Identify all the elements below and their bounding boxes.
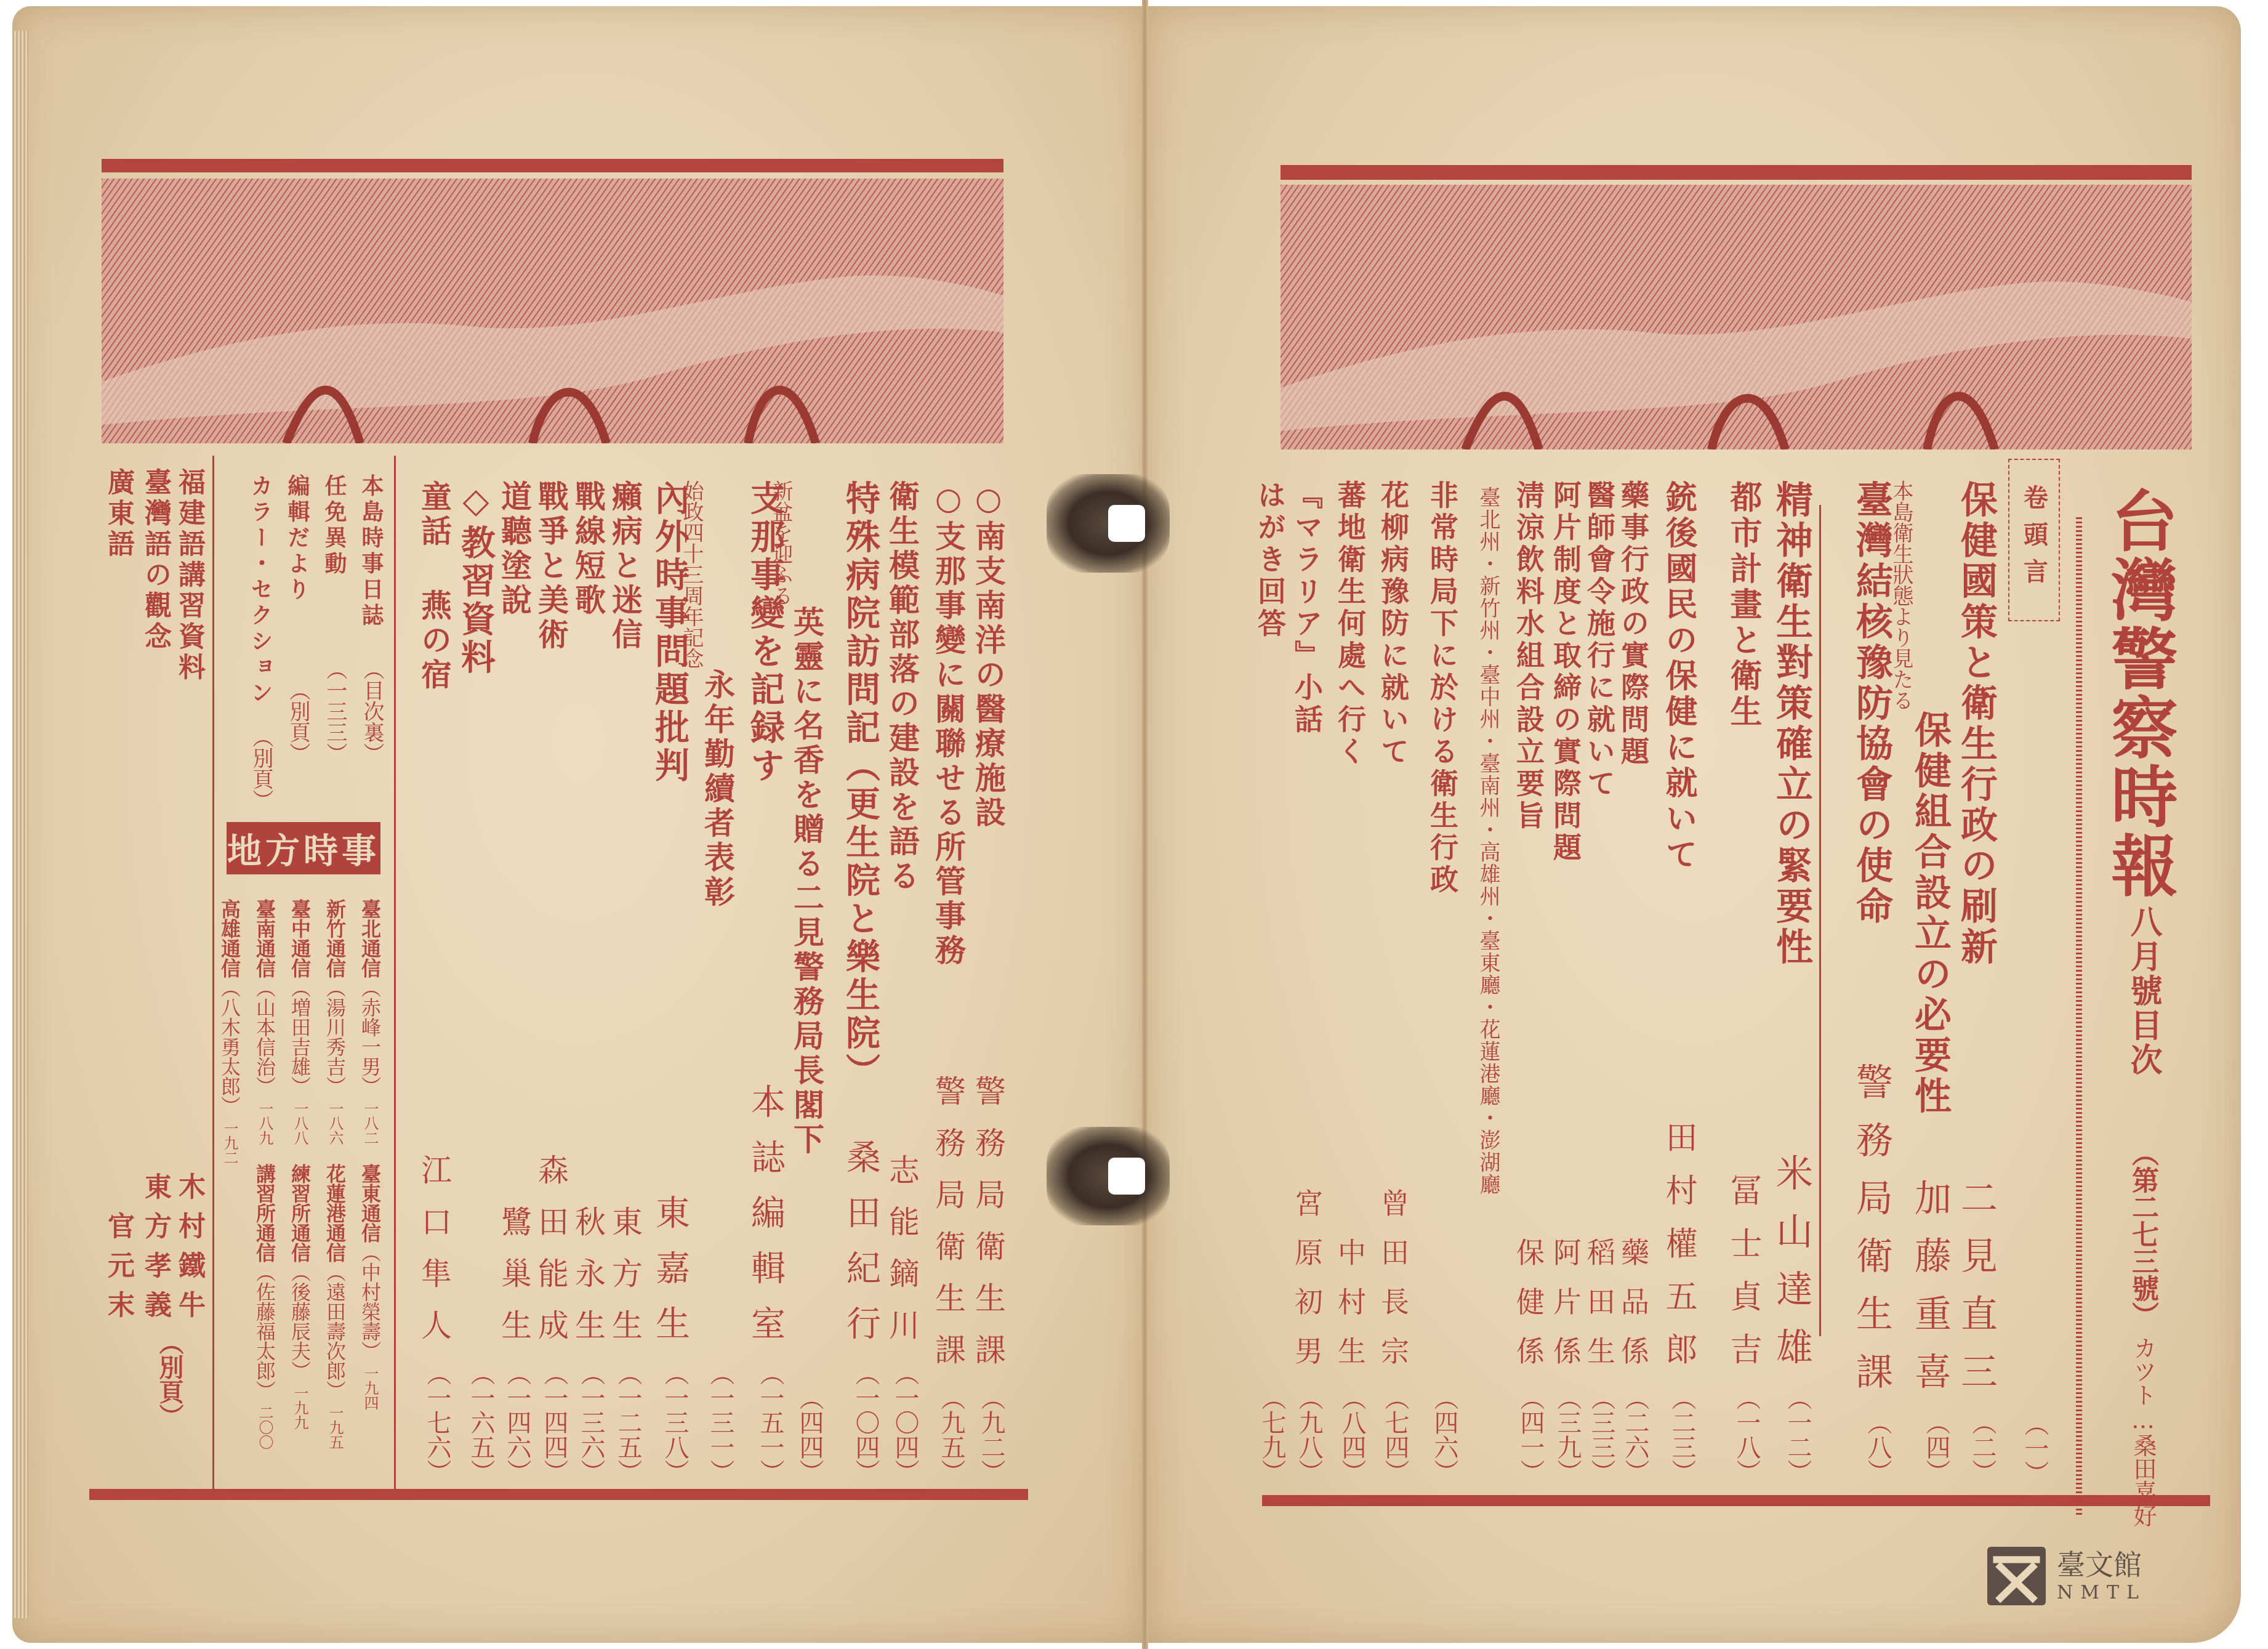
local-news-title: 花蓮港通信 <box>323 1164 347 1262</box>
header-illustration-left <box>102 179 1003 443</box>
entry-author: 田村權五郎 <box>1662 1121 1694 1385</box>
language-title: 臺灣語の觀念 <box>142 468 169 653</box>
toc-entry-row: 阿片制度と取締の實際問題阿片係（三九） <box>1551 480 1580 1484</box>
page-number: 一八六 <box>326 1101 344 1145</box>
page-number: （二六） <box>1619 1385 1647 1484</box>
page-number: 一九五 <box>326 1405 344 1449</box>
local-news-entry[interactable]: 花蓮港通信（遠田壽次郎）一九五 <box>325 1164 345 1449</box>
page-number: （三三） <box>1585 1385 1614 1484</box>
local-news-author: （中村榮壽） <box>358 1243 382 1361</box>
local-news-author: （八木勇太郎） <box>218 978 241 1116</box>
local-news-entry[interactable]: 臺北通信（赤峰一男）一八二 <box>360 899 380 1145</box>
entry-title: 支那事變を記録す <box>748 480 782 786</box>
page-number: （一三一） <box>702 1361 733 1484</box>
misc-entry-row: カラー・セクション（別頁） <box>249 474 271 764</box>
local-news-title: 臺中通信 <box>288 899 312 978</box>
page-number: （四四） <box>791 1385 822 1484</box>
page-number: （九五） <box>933 1385 963 1484</box>
toc-entry[interactable]: 『マラリア』小話宮原初男（九八） <box>1293 480 1321 1484</box>
entry-author: 警務局衛生課 <box>973 1075 1003 1385</box>
local-news-author: （山本信治） <box>253 978 276 1096</box>
toc-entry[interactable]: 醫師會令施行に就いて稻田生（三三） <box>1585 480 1614 1484</box>
language-entry-row: 臺灣語の觀念東方孝義 <box>142 468 169 1330</box>
toc-entry[interactable]: 戰線短歌秋永生（一三六） <box>573 480 603 1484</box>
page-number: （四一） <box>1514 1385 1543 1484</box>
toc-entry-row: ◇教習資料（一六五） <box>459 480 493 1484</box>
nmtl-abbr: NMTL <box>2057 1584 2146 1602</box>
entry-title: 衛生模範部落の建設を語る <box>887 480 917 894</box>
page-number: （別頁） <box>286 680 308 764</box>
toc-entry[interactable]: 支那事變を記録す本誌編輯室（一五一） <box>748 480 782 1484</box>
local-news-label: 地方時事 <box>227 824 380 873</box>
page-number: （一二五） <box>609 1361 640 1484</box>
local-news-author: （赤峰一男） <box>358 978 382 1096</box>
toc-entry[interactable]: 道聽塗說鷺巢生（一四六） <box>499 480 529 1484</box>
page-number: （一六五） <box>459 1361 493 1484</box>
local-news-entry[interactable]: 臺中通信（増田吉雄）一八八 <box>290 899 310 1145</box>
misc-entry[interactable]: 本島時事日誌（目次裏） <box>360 474 382 764</box>
page-number: （七四） <box>1379 1385 1407 1484</box>
entry-author: 米山達雄 <box>1773 1154 1810 1385</box>
local-news-title: 新竹通信 <box>323 899 347 978</box>
top-rule-right <box>1281 165 2192 180</box>
toc-entry-row: 支那事變を記録す本誌編輯室（一五一） <box>748 480 782 1484</box>
toc-entry-row: 銃後國民の保健に就いて田村權五郎（二三） <box>1662 480 1694 1484</box>
misc-title: カラー・セクション <box>249 474 271 707</box>
entry-title: 保健組合設立の必要性 <box>1912 711 1948 1117</box>
language-author: 東方孝義 <box>142 1172 169 1330</box>
bottom-rule-right <box>1262 1495 2210 1506</box>
toc-entry-row: 內外時事問題批判東嘉生（一三八） <box>653 480 687 1484</box>
toc-entry[interactable]: 保健組合設立の必要性加藤重喜（四） <box>1912 480 1948 1484</box>
page-number: （二三） <box>1662 1385 1694 1484</box>
local-news-title: 高雄通信 <box>218 899 241 978</box>
entry-author: 阿片係 <box>1551 1238 1580 1385</box>
nmtl-watermark: 臺文館 NMTL <box>1987 1547 2146 1605</box>
entry-title: 戰線短歌 <box>573 480 603 618</box>
page-number: （一五一） <box>748 1361 782 1484</box>
toc-entry[interactable]: 特殊病院訪問記（更生院と樂生院）桑田紀行（一〇四） <box>843 480 878 1484</box>
toc-entry[interactable]: 永年勤續者表彰（一三一） <box>702 480 733 1484</box>
toc-entry[interactable]: 臺灣結核豫防協會の使命警務局衛生課（八） <box>1853 480 1890 1484</box>
entry-title: 保健國策と衛生行政の刷新 <box>1958 480 1995 968</box>
misc-title: 編輯だより <box>286 474 308 603</box>
toc-entry-row: 戰線短歌秋永生（一三六） <box>573 480 603 1484</box>
local-news-title: 講習所通信 <box>253 1164 276 1262</box>
entry-author: 志能鏑川 <box>887 1154 917 1361</box>
toc-entry[interactable]: はがき回答（七九） <box>1256 480 1284 1484</box>
page-number: （一二） <box>1773 1385 1810 1484</box>
language-entry[interactable]: 廣東語官元末 <box>105 468 132 1330</box>
language-entry[interactable]: 福建語講習資料木村鐵牛 <box>175 468 203 1330</box>
foreword-entry[interactable]: （一） <box>2022 616 2047 1478</box>
misc-entry[interactable]: 任免異動（一三三） <box>323 474 345 764</box>
entry-title: はがき回答 <box>1256 480 1284 640</box>
toc-entry-row: 道聽塗說鷺巢生（一四六） <box>499 480 529 1484</box>
toc-entry-row: 保健組合設立の必要性加藤重喜（四） <box>1912 480 1948 1484</box>
toc-entry-row: 醫師會令施行に就いて稻田生（三三） <box>1585 480 1614 1484</box>
entry-title: 癩病と迷信 <box>609 480 640 653</box>
entry-title: 童話 燕の宿 <box>419 480 449 693</box>
local-news-entry[interactable]: 講習所通信（佐藤福太郎）二〇〇 <box>255 1164 275 1449</box>
entry-title: 臺灣結核豫防協會の使命 <box>1853 480 1890 927</box>
toc-entry-row: 永年勤續者表彰（一三一） <box>702 480 733 1484</box>
entry-author: 森田能成 <box>536 1154 566 1361</box>
entry-title: 非常時局下に於ける衛生行政 <box>1428 480 1457 897</box>
toc-entry[interactable]: 保健國策と衛生行政の刷新二見直三（二） <box>1958 480 1995 1484</box>
page-number: （目次裏） <box>360 659 382 764</box>
entry-title: 永年勤續者表彰 <box>702 669 733 910</box>
entry-title: 花柳病豫防に就いて <box>1379 480 1407 768</box>
entry-author: 鷺巢生 <box>499 1206 529 1361</box>
page-number: （一三三） <box>323 659 345 764</box>
local-news-entry[interactable]: 臺南通信（山本信治）一八九 <box>255 899 275 1145</box>
entry-title: 特殊病院訪問記（更生院と樂生院） <box>843 480 878 1091</box>
toc-entry-row: はがき回答（七九） <box>1256 480 1284 1484</box>
page-number: （一四四） <box>536 1361 566 1484</box>
toc-entry-row: 童話 燕の宿江口隼人（一七六） <box>419 480 449 1484</box>
page-number: （三九） <box>1551 1385 1580 1484</box>
column-divider-left <box>394 456 396 1490</box>
toc-entry[interactable]: 童話 燕の宿江口隼人（一七六） <box>419 480 449 1484</box>
top-rule-left <box>102 159 1003 172</box>
page-number: 一八九 <box>256 1101 273 1145</box>
entry-title: 道聽塗說 <box>499 480 529 618</box>
toc-entry[interactable]: 藥事行政の實際問題藥品係（二六） <box>1619 480 1647 1484</box>
entry-author: 二見直三 <box>1958 1179 1995 1410</box>
entry-author: 警務局衛生課 <box>933 1075 963 1385</box>
misc-entry-row: 編輯だより（別頁） <box>286 474 308 764</box>
page-number: （四） <box>1912 1410 1948 1484</box>
column-divider <box>1819 505 1821 1336</box>
toc-entry-row: 保健國策と衛生行政の刷新二見直三（二） <box>1958 480 1995 1484</box>
toc-entry[interactable]: 都市計畫と衛生冨士貞吉（一八） <box>1727 480 1759 1484</box>
misc-title: 任免異動 <box>323 474 345 578</box>
page-number: （一七六） <box>419 1361 449 1484</box>
entry-author: 警務局衛生課 <box>1853 1063 1890 1410</box>
page-number: （二） <box>1958 1410 1995 1484</box>
toc-entry[interactable]: 戰爭と美術森田能成（一四四） <box>536 480 566 1484</box>
entry-title: ○支那事變に關聯せる所管事務 <box>933 480 963 969</box>
cut-credit: カツト…桑田喜好 <box>2131 1336 2155 1527</box>
toc-entry[interactable]: 癩病と迷信東方生（一二五） <box>609 480 640 1484</box>
toc-entry-row: 蕃地衛生何處へ行く中村生（八四） <box>1336 480 1364 1484</box>
local-news-title: 臺北通信 <box>358 899 382 978</box>
toc-entry[interactable]: 蕃地衛生何處へ行く中村生（八四） <box>1336 480 1364 1484</box>
prefecture-subtitle: 臺北州・新竹州・臺中州・臺南州・高雄州・臺東廳・花蓮港廳・澎湖廳 <box>1478 486 1498 1196</box>
toc-entry[interactable]: 花柳病豫防に就いて曾田長宗（七四） <box>1379 480 1407 1484</box>
toc-entry-row: 戰爭と美術森田能成（一四四） <box>536 480 566 1484</box>
page-number: （四六） <box>1428 1385 1457 1484</box>
misc-entry-row: 本島時事日誌（目次裏） <box>360 474 382 764</box>
local-news-entry[interactable]: 練習所通信（後藤辰夫）一九九 <box>290 1164 310 1430</box>
language-entry-row: 福建語講習資料木村鐵牛 <box>175 468 203 1330</box>
misc-entry-row: 任免異動（一三三） <box>323 474 345 764</box>
local-news-header: 地方時事 <box>227 822 380 874</box>
toc-entry-row: 特殊病院訪問記（更生院と樂生院）桑田紀行（一〇四） <box>843 480 878 1484</box>
entry-author: 加藤重喜 <box>1912 1179 1948 1410</box>
toc-entry-row: ○支那事變に關聯せる所管事務警務局衛生課（九五） <box>933 480 963 1484</box>
toc-entry-row: 英靈に名香を贈る二見警務局長閣下（四四） <box>791 480 822 1484</box>
language-page: （別頁） <box>157 1330 182 1429</box>
misc-entry[interactable]: カラー・セクション（別頁） <box>249 474 271 764</box>
toc-entry[interactable]: 阿片制度と取締の實際問題阿片係（三九） <box>1551 480 1580 1484</box>
entry-title: 都市計畫と衛生 <box>1727 480 1759 730</box>
entry-author: 藥品係 <box>1619 1238 1647 1385</box>
language-entry-row: 廣東語官元末 <box>105 468 132 1330</box>
toc-entry-row: 『マラリア』小話宮原初男（九八） <box>1293 480 1321 1484</box>
staple-hole-top <box>1047 474 1170 573</box>
book-spine <box>1142 0 1148 1649</box>
page-number: 二〇〇 <box>256 1405 273 1449</box>
header-illustration-right <box>1281 185 2192 450</box>
masthead-divider <box>2076 517 2082 1515</box>
toc-entry-row: 都市計畫と衛生冨士貞吉（一八） <box>1727 480 1759 1484</box>
toc-entry[interactable]: 銃後國民の保健に就いて田村權五郎（二三） <box>1662 480 1694 1484</box>
page-number: （一） <box>2022 1411 2047 1485</box>
page-number: 一八八 <box>291 1101 308 1145</box>
column-divider-lang <box>212 456 214 1490</box>
local-news-title: 練習所通信 <box>288 1164 312 1262</box>
page-number: （一三八） <box>653 1361 687 1484</box>
language-author: 官元末 <box>105 1212 132 1330</box>
entry-author: 保健係 <box>1514 1238 1543 1385</box>
entry-author: 冨士貞吉 <box>1727 1174 1759 1385</box>
language-title: 福建語講習資料 <box>175 468 203 683</box>
page-number: 一九四 <box>361 1366 379 1410</box>
foreword-label: 卷頭言 <box>2008 459 2060 621</box>
entry-title: 銃後國民の保健に就いて <box>1662 480 1694 873</box>
toc-entry[interactable]: 英靈に名香を贈る二見警務局長閣下（四四） <box>791 480 822 1484</box>
entry-title: 藥事行政の實際問題 <box>1619 480 1647 768</box>
page-number: （一〇四） <box>843 1361 878 1484</box>
entry-title: 淸涼飲料水組合設立要旨 <box>1514 480 1543 833</box>
toc-entry-row: 淸涼飲料水組合設立要旨保健係（四一） <box>1514 480 1543 1484</box>
toc-entry-row: 花柳病豫防に就いて曾田長宗（七四） <box>1379 480 1407 1484</box>
nmtl-name: 臺文館 <box>2057 1550 2146 1579</box>
local-news-author: （後藤辰夫） <box>288 1262 312 1381</box>
misc-entry[interactable]: 編輯だより（別頁） <box>286 474 308 764</box>
nmtl-logo-icon <box>1987 1547 2046 1605</box>
entry-title: ◇教習資料 <box>459 480 493 677</box>
toc-entry[interactable]: ○南支南洋の醫療施設警務局衛生課（九二） <box>973 480 1003 1484</box>
language-entry[interactable]: 臺灣語の觀念東方孝義 <box>142 468 169 1330</box>
local-news-entry[interactable]: 臺東通信（中村榮壽）一九四 <box>360 1164 380 1410</box>
entry-author: 稻田生 <box>1585 1238 1614 1385</box>
entry-title: 精神衛生對策確立の緊要性 <box>1773 480 1810 968</box>
issue-number: （第二七三號） <box>2129 1139 2156 1329</box>
entry-author: 東嘉生 <box>653 1195 687 1361</box>
page-number: （別頁） <box>249 727 271 810</box>
local-news-title: 臺南通信 <box>253 899 276 978</box>
staple-hole-bottom <box>1047 1127 1170 1225</box>
toc-entry[interactable]: ○支那事變に關聯せる所管事務警務局衛生課（九五） <box>933 480 963 1484</box>
toc-entry[interactable]: 內外時事問題批判東嘉生（一三八） <box>653 480 687 1484</box>
magazine-title: 台灣警察時報 <box>2105 486 2172 900</box>
toc-entry-row: 藥事行政の實際問題藥品係（二六） <box>1619 480 1647 1484</box>
local-news-author: （遠田壽次郎） <box>323 1262 347 1400</box>
entry-title: ○南支南洋の醫療施設 <box>973 480 1003 831</box>
entry-title: 阿片制度と取締の實際問題 <box>1551 480 1580 865</box>
page-number: （七九） <box>1256 1385 1284 1484</box>
entry-title: 『マラリア』小話 <box>1293 480 1321 736</box>
entry-author: 中村生 <box>1336 1238 1364 1385</box>
page-number: （一三六） <box>573 1361 603 1484</box>
local-news-title: 臺東通信 <box>358 1164 382 1243</box>
entry-author: 東方生 <box>609 1206 640 1361</box>
entry-author: 江口隼人 <box>419 1154 449 1361</box>
toc-entry-row: 衛生模範部落の建設を語る志能鏑川（一〇四） <box>887 480 917 1484</box>
page-number: 一八二 <box>361 1101 379 1145</box>
entry-title: 蕃地衛生何處へ行く <box>1336 480 1364 768</box>
toc-entry[interactable]: 非常時局下に於ける衛生行政（四六） <box>1428 480 1457 1484</box>
local-news-author: （湯川秀吉） <box>323 978 347 1096</box>
misc-title: 本島時事日誌 <box>360 474 382 629</box>
toc-entry[interactable]: 淸涼飲料水組合設立要旨保健係（四一） <box>1514 480 1543 1484</box>
language-author: 木村鐵牛 <box>175 1172 203 1330</box>
entry-kicker: 本島衛生狀態より見たる <box>1891 480 1912 711</box>
entry-author: 秋永生 <box>573 1206 603 1361</box>
entry-author: 宮原初男 <box>1293 1188 1321 1385</box>
toc-entry-row: 癩病と迷信東方生（一二五） <box>609 480 640 1484</box>
page-number: 一九九 <box>291 1385 308 1430</box>
toc-entry-row: 臺灣結核豫防協會の使命警務局衛生課（八） <box>1853 480 1890 1484</box>
local-news-author: （増田吉雄） <box>288 978 312 1096</box>
toc-entry-row: 非常時局下に於ける衛生行政（四六） <box>1428 480 1457 1484</box>
page-number: （一〇四） <box>887 1361 917 1484</box>
entry-title: 英靈に名香を贈る二見警務局長閣下 <box>791 606 822 1158</box>
page-number: （九二） <box>973 1385 1003 1484</box>
page-number: （八四） <box>1336 1385 1364 1484</box>
entry-author: 本誌編輯室 <box>748 1084 782 1361</box>
language-title: 廣東語 <box>105 468 132 560</box>
local-news-author: （佐藤福太郎） <box>253 1262 276 1400</box>
local-news-entry[interactable]: 高雄通信（八木勇太郎）一九二 <box>220 899 239 1165</box>
page-number: （八） <box>1853 1410 1890 1484</box>
issue-label: 八月號目次 <box>2127 905 2159 1078</box>
toc-entry[interactable]: 精神衛生對策確立の緊要性米山達雄（一二） <box>1773 480 1810 1484</box>
toc-entry-row: ○南支南洋の醫療施設警務局衛生課（九二） <box>973 480 1003 1484</box>
bottom-rule-left <box>89 1489 1028 1500</box>
local-news-entry[interactable]: 新竹通信（湯川秀吉）一八六 <box>325 899 345 1145</box>
entry-title: 醫師會令施行に就いて <box>1585 480 1614 800</box>
toc-entry[interactable]: ◇教習資料（一六五） <box>459 480 493 1484</box>
toc-entry[interactable]: 衛生模範部落の建設を語る志能鏑川（一〇四） <box>887 480 917 1484</box>
entry-author: 曾田長宗 <box>1379 1188 1407 1385</box>
page-number: （一四六） <box>499 1361 529 1484</box>
page-number: （九八） <box>1293 1385 1321 1484</box>
entry-title: 戰爭と美術 <box>536 480 566 653</box>
entry-author: 桑田紀行 <box>843 1139 878 1361</box>
page-number: （一八） <box>1727 1385 1759 1484</box>
entry-title: 內外時事問題批判 <box>653 480 687 786</box>
toc-entry-row: 精神衛生對策確立の緊要性米山達雄（一二） <box>1773 480 1810 1484</box>
page-number: 一九二 <box>221 1121 238 1165</box>
